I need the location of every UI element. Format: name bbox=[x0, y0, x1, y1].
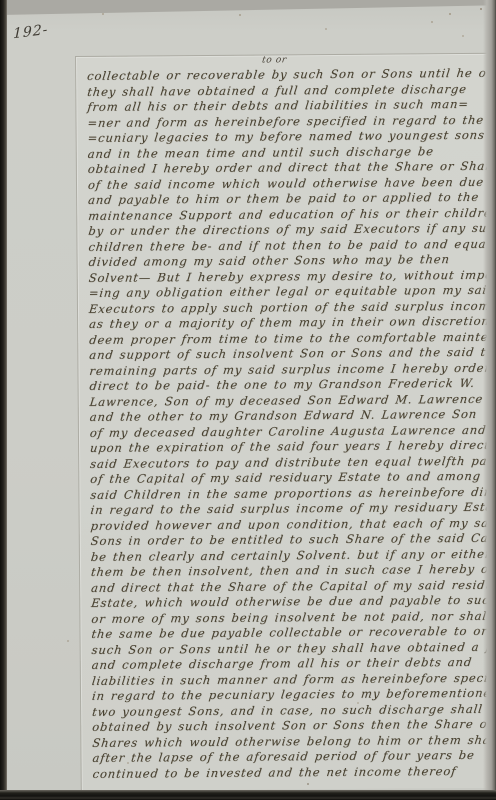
book-page-paper: 192- to or collectable or recoverable by… bbox=[7, 0, 493, 790]
manuscript-scan: 192- to or collectable or recoverable by… bbox=[0, 0, 496, 800]
page-number: 192- bbox=[13, 22, 48, 42]
manuscript-text-block: collectable or recoverable by such Son o… bbox=[86, 66, 495, 782]
book-spine-edge-left bbox=[0, 0, 7, 800]
manuscript-line: continued to be invested and the net inc… bbox=[92, 763, 496, 782]
interlinear-insertion: to or bbox=[261, 55, 287, 65]
desk-edge-bottom bbox=[0, 790, 496, 800]
manuscript-sheet: to or collectable or recoverable by such… bbox=[75, 53, 496, 791]
page-stack-edge-right bbox=[483, 0, 496, 790]
